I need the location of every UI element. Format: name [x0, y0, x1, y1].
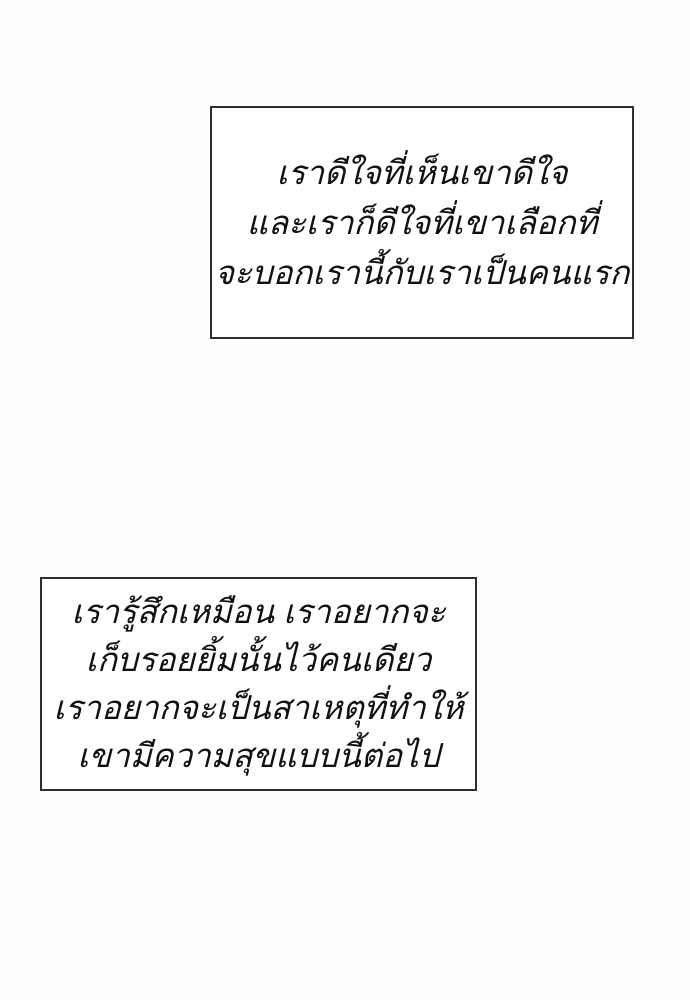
narration-line: เก็บรอยยิ้มนั้นไว้คนเดียว: [86, 636, 432, 684]
narration-box-1: เราดีใจที่เห็นเขาดีใจ และเราก็ดีใจที่เขา…: [210, 106, 634, 339]
narration-line: จะบอกเรานี้กับเราเป็นคนแรก: [215, 248, 630, 298]
narration-line: เขามีความสุขแบบนี้ต่อไป: [77, 732, 439, 780]
comic-page: เราดีใจที่เห็นเขาดีใจ และเราก็ดีใจที่เขา…: [0, 0, 690, 1000]
narration-line: เรารู้สึกเหมือน เราอยากจะ: [72, 588, 446, 636]
narration-line: เราอยากจะเป็นสาเหตุที่ทำให้: [53, 684, 463, 732]
narration-line: และเราก็ดีใจที่เขาเลือกที่: [247, 198, 598, 248]
narration-line: เราดีใจที่เห็นเขาดีใจ: [276, 148, 567, 198]
narration-box-2: เรารู้สึกเหมือน เราอยากจะ เก็บรอยยิ้มนั้…: [40, 577, 477, 791]
